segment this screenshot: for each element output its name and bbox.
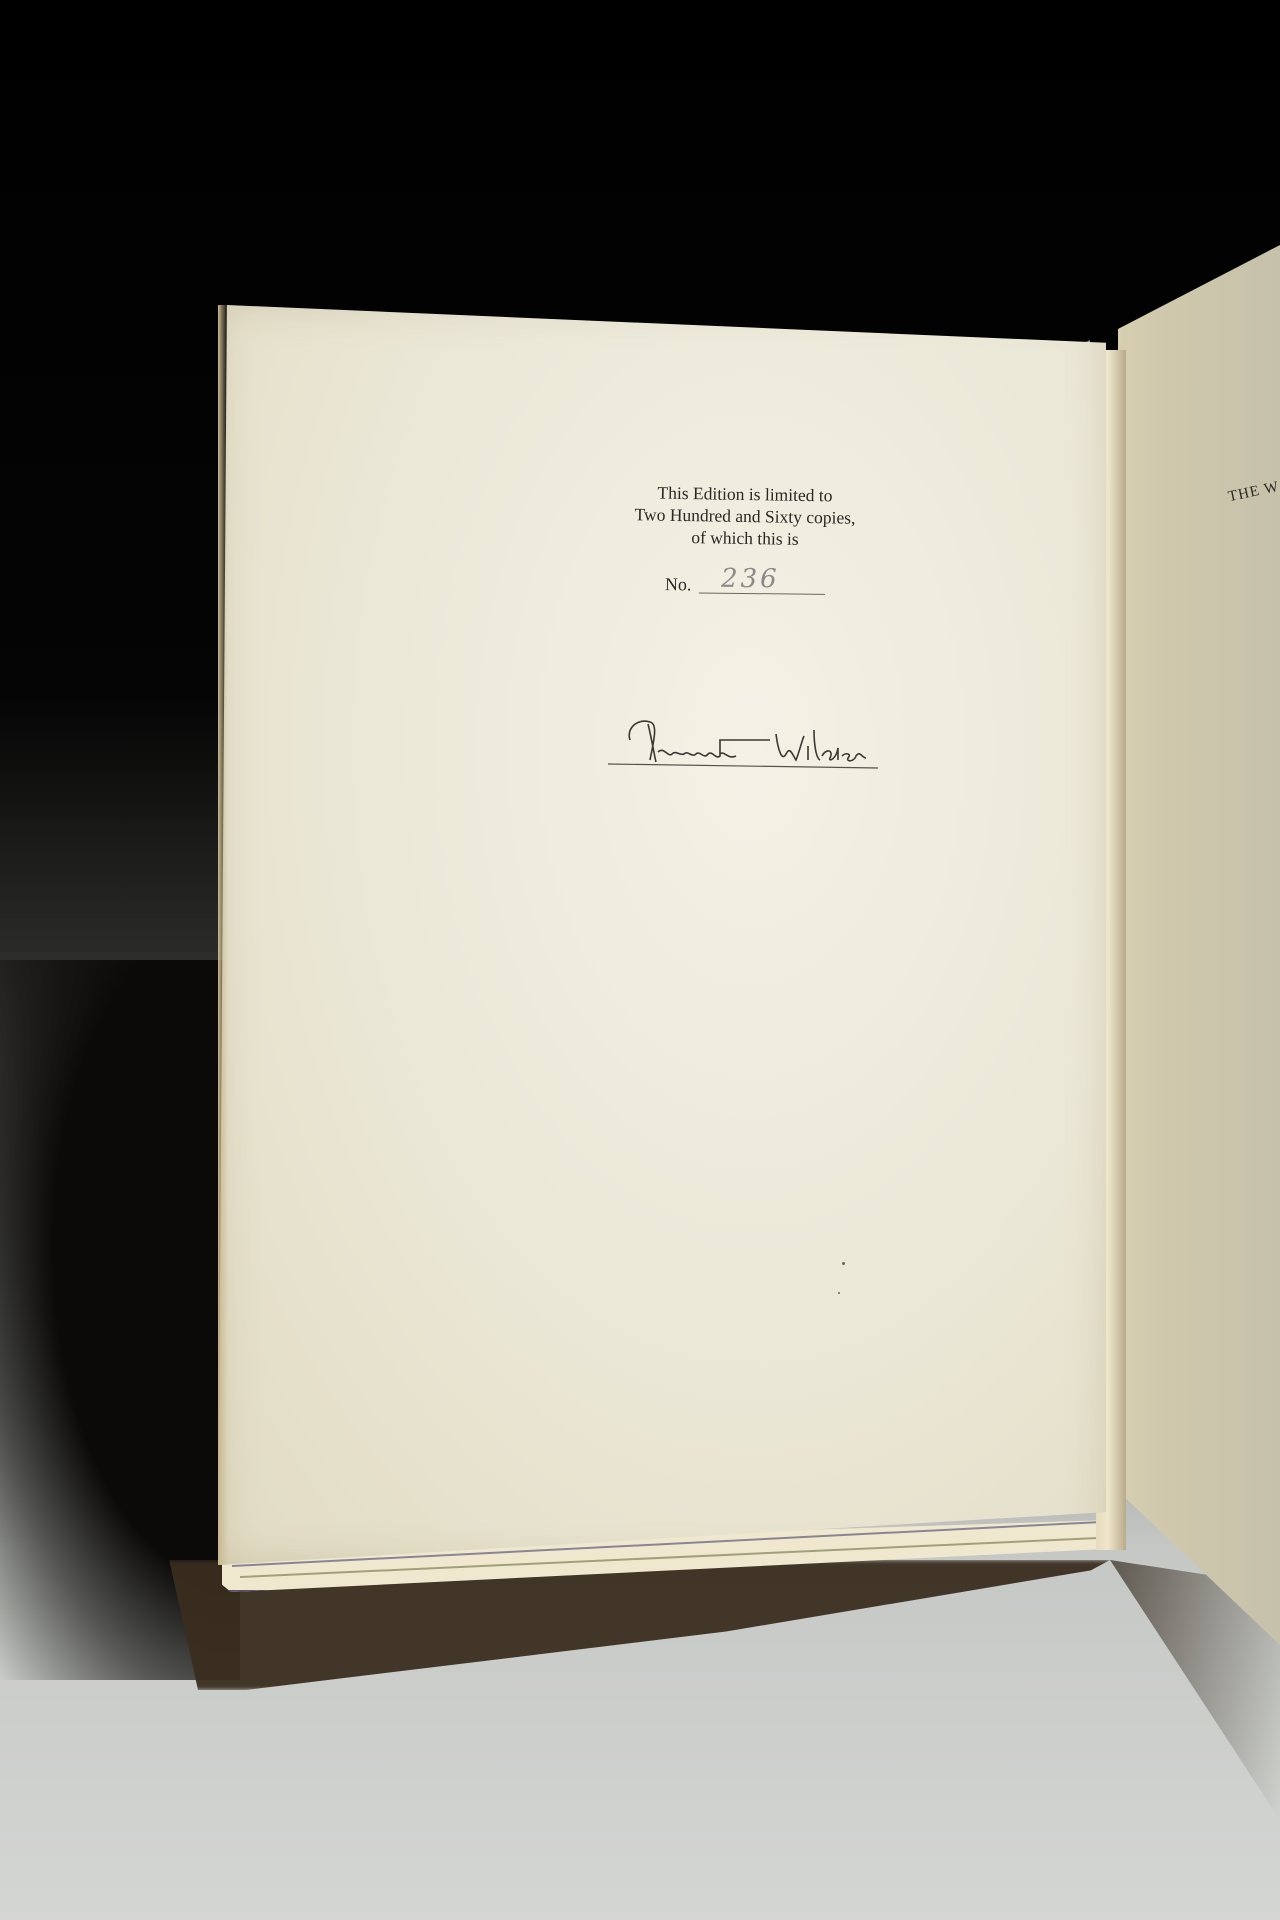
author-signature: Thornton Wilder [608, 710, 878, 780]
copy-number-label: No. [665, 574, 692, 595]
paper-speck [838, 1292, 840, 1294]
signature-text: Thornton Wilder [618, 728, 857, 770]
copy-number-value: 236 [721, 564, 780, 595]
photo-scene: THE W This Edition is limited to Two Hun… [0, 0, 1280, 1920]
left-page-edge [218, 305, 228, 1565]
right-page [1118, 245, 1280, 1645]
limitation-line-3: of which this is [600, 525, 890, 552]
copy-number: No. 236 [665, 567, 825, 599]
limitation-statement: This Edition is limited to Two Hundred a… [600, 483, 890, 549]
paper-speck [842, 1262, 845, 1265]
